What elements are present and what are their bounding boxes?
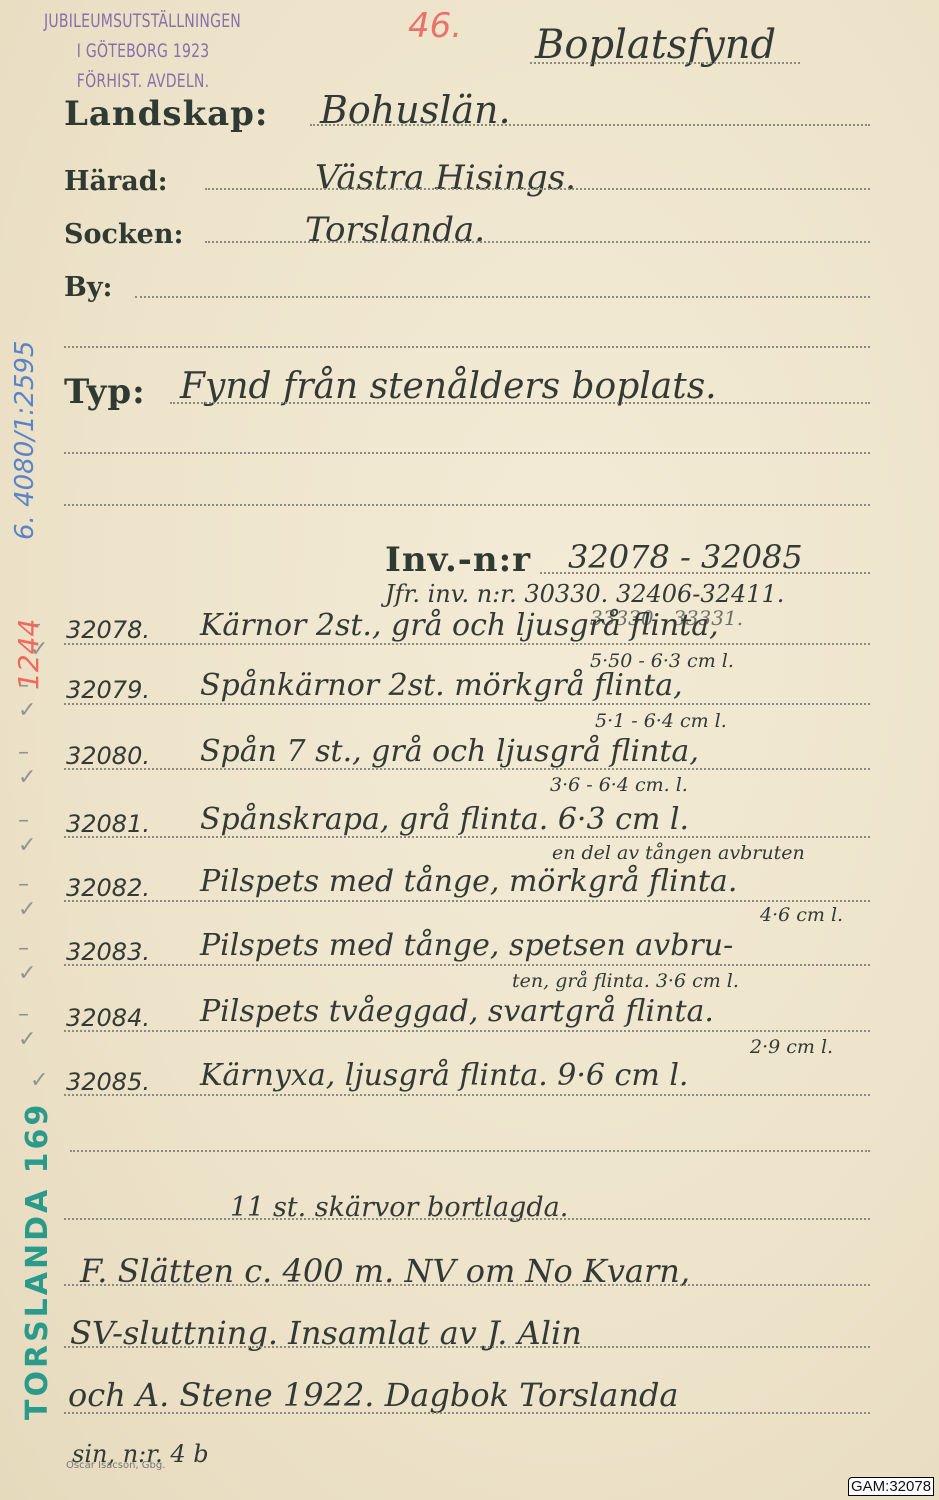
- item-size: 4·6 cm l.: [760, 904, 843, 926]
- landskap-label: Landskap:: [64, 94, 268, 134]
- check-mark-icon: –✓: [18, 936, 36, 986]
- item-rule: [64, 1030, 870, 1032]
- item-number: 32081.: [66, 810, 150, 838]
- item-rule: [64, 900, 870, 902]
- margin-red-reference: 1244: [12, 619, 45, 690]
- item-description: Pilspets med tånge, mörkgrå flinta.: [200, 864, 737, 899]
- item-rule: [64, 836, 870, 838]
- item-description: Spån 7 st., grå och ljusgrå flinta,: [200, 734, 699, 769]
- item-description: Spånskrapa, grå flinta. 6·3 cm l.: [200, 802, 689, 837]
- location-line-3: och A. Stene 1922. Dagbok Torslanda: [68, 1376, 679, 1414]
- item-number: 32085.: [66, 1068, 150, 1096]
- typ-rule: [170, 402, 870, 404]
- item-number: 32078.: [66, 616, 150, 644]
- item-size: 5·1 - 6·4 cm l.: [595, 710, 727, 732]
- margin-locality-stamp: TORSLANDA 169: [20, 1102, 55, 1420]
- item-rule: [64, 1094, 870, 1096]
- item-size: ten, grå flinta. 3·6 cm l.: [512, 970, 739, 992]
- item-description: Spånkärnor 2st. mörkgrå flinta,: [200, 668, 683, 703]
- inv-rule: [540, 572, 870, 574]
- stamp-line-1: JUBILEUMSUTSTÄLLNINGEN: [44, 10, 241, 32]
- item-description: Pilspets med tånge, spetsen avbru-: [200, 928, 733, 963]
- inv-range: 32078 - 32085: [568, 538, 803, 576]
- item-rule: [64, 964, 870, 966]
- harad-rule: [205, 188, 870, 190]
- exhibition-stamp: JUBILEUMSUTSTÄLLNINGEN I GÖTEBORG 1923 F…: [44, 10, 241, 92]
- location-rule-1: [64, 1284, 870, 1286]
- printer-imprint: Oscar Isacson, Gbg.: [66, 1460, 165, 1471]
- item-number: 32082.: [66, 874, 150, 902]
- harad-value: Västra Hisings.: [315, 158, 576, 198]
- check-mark-icon: –✓: [18, 808, 36, 858]
- item-rule: [64, 643, 870, 645]
- location-rule-3: [64, 1412, 870, 1414]
- item-number: 32080.: [66, 742, 150, 770]
- blank-rule-3: [64, 504, 870, 506]
- item-note: en del av tången avbruten: [552, 842, 805, 864]
- card-number: 46.: [408, 6, 462, 46]
- item-size: 3·6 - 6·4 cm. l.: [550, 774, 688, 796]
- stamp-line-3: FÖRHIST. AVDELN.: [77, 70, 241, 92]
- check-mark-icon: –✓: [18, 1002, 36, 1052]
- catalog-id-label: GAM:32078: [848, 1477, 934, 1496]
- landskap-rule: [310, 124, 870, 126]
- typ-value: Fynd från stenålders boplats.: [180, 366, 717, 407]
- check-mark-icon: –✓: [18, 740, 36, 790]
- item-number: 32079.: [66, 676, 150, 704]
- socken-label: Socken:: [64, 219, 183, 250]
- item-rule: [64, 703, 870, 705]
- blank-rule-1: [64, 346, 870, 348]
- item-description: Pilspets tvåeggad, svartgrå flinta.: [200, 994, 714, 1029]
- item-number: 32083.: [66, 938, 150, 966]
- socken-rule: [205, 241, 870, 243]
- blank-rule-4: [70, 1150, 870, 1152]
- by-label: By:: [64, 272, 112, 303]
- location-rule-2: [64, 1346, 870, 1348]
- item-rule: [64, 768, 870, 770]
- blank-rule-2: [64, 452, 870, 454]
- item-number: 32084.: [66, 1004, 150, 1032]
- item-size: 2·9 cm l.: [750, 1036, 833, 1058]
- by-rule: [135, 296, 870, 298]
- item-description: Kärnyxa, ljusgrå flinta. 9·6 cm l.: [200, 1058, 688, 1093]
- discarded-rule: [64, 1218, 870, 1220]
- socken-value: Torslanda.: [305, 210, 485, 250]
- margin-blue-reference: 6. 4080/1:2595: [10, 341, 40, 540]
- stamp-line-2: I GÖTEBORG 1923: [77, 40, 241, 62]
- harad-label: Härad:: [64, 166, 168, 197]
- item-description: Kärnor 2st., grå och ljusgrå flinta,: [200, 608, 719, 643]
- typ-label: Typ:: [64, 372, 146, 412]
- inv-label: Inv.-n:r: [385, 540, 531, 580]
- cf-note: Jfr. inv. n:r. 30330. 32406-32411.: [385, 580, 784, 608]
- check-mark-icon: ✓: [30, 1068, 48, 1093]
- check-mark-icon: –✓: [18, 872, 36, 922]
- heading-rule: [530, 62, 800, 64]
